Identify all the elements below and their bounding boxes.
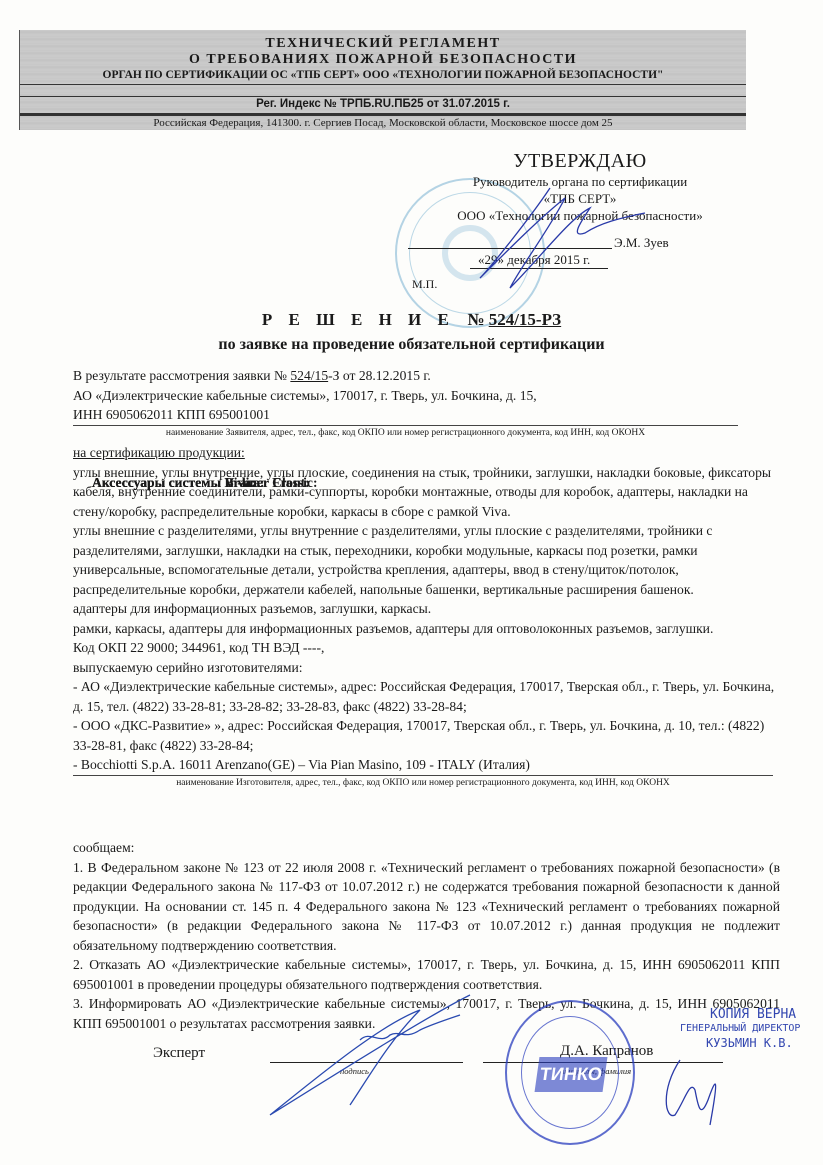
applicant-section: В результате рассмотрения заявки № 524/1… <box>73 366 780 439</box>
header-address: Российская Федерация, 141300. г. Сергиев… <box>20 117 746 129</box>
manufacturer-item: - АО «Диэлектрические кабельные системы»… <box>73 677 780 716</box>
registration-index: Рег. Индекс № ТРПБ.RU.ПБ25 от 31.07.2015… <box>20 98 746 110</box>
manufacturer-item: - Bocchiotti S.p.A. 16011 Arenzano(GE) –… <box>73 755 780 775</box>
manufacturer-hint: наименование Изготовителя, адрес, тел., … <box>73 777 773 789</box>
application-reference: В результате рассмотрения заявки № 524/1… <box>73 366 780 386</box>
expert-role: Эксперт <box>153 1045 205 1062</box>
manufacturers-intro: выпускаемую серийно изготовителями: <box>73 658 780 678</box>
product-group-viva: Аксессуары системы Viva: адаптеры для ин… <box>73 599 780 619</box>
decision-title: Р Е Ш Е Н И Е <box>262 310 455 329</box>
decision-number: 524/15-РЗ <box>489 310 561 329</box>
certification-body-name: ОРГАН ПО СЕРТИФИКАЦИИ ОС «ТПБ СЕРТ» ООО … <box>20 69 746 81</box>
director-signature-icon <box>650 1040 730 1130</box>
products-section: на сертификацию продукции: Аксессуары си… <box>73 443 780 789</box>
manufacturer-item: - ООО «ДКС-Развитие» », адрес: Российска… <box>73 716 780 755</box>
header-divider-thick <box>20 113 746 116</box>
applicant-rule <box>73 425 738 426</box>
applicant-hint: наименование Заявителя, адрес, тел., фак… <box>73 427 738 439</box>
seal-mark: М.П. <box>412 277 437 292</box>
expert-signature-icon <box>230 985 500 1125</box>
header-title-line1: ТЕХНИЧЕСКИЙ РЕГЛАМЕНТ <box>20 36 746 52</box>
header-divider <box>20 96 746 97</box>
company-seal-logo: ТИНКО <box>535 1057 608 1092</box>
company-seal-icon: ТИНКО <box>505 1000 635 1145</box>
product-codes: Код ОКП 22 9000; 344961, код ТН ВЭД ----… <box>73 638 780 658</box>
manufacturer-rule <box>73 775 773 776</box>
approval-title: УТВЕРЖДАЮ <box>440 150 720 173</box>
report-point-1: 1. В Федеральном законе № 123 от 22 июля… <box>73 858 780 956</box>
header-title-line2: О ТРЕБОВАНИЯХ ПОЖАРНОЙ БЕЗОПАСНОСТИ <box>20 52 746 68</box>
decision-heading: Р Е Ш Е Н И Е № 524/15-РЗ <box>0 310 823 330</box>
report-intro: сообщаем: <box>73 838 780 858</box>
applicant-name: АО «Диэлектрические кабельные системы», … <box>73 386 780 406</box>
products-intro: на сертификацию продукции: <box>73 443 780 463</box>
approver-signature-icon <box>470 178 670 298</box>
decision-number-prefix: № <box>467 310 488 329</box>
header-divider <box>20 84 746 85</box>
decision-subtitle: по заявке на проведение обязательной сер… <box>0 336 823 354</box>
product-group-brava: Аксессуары системы Brava: рамки, каркасы… <box>73 619 780 639</box>
applicant-tax-ids: ИНН 6905062011 КПП 695001001 <box>73 405 780 425</box>
regulation-header: ТЕХНИЧЕСКИЙ РЕГЛАМЕНТ О ТРЕБОВАНИЯХ ПОЖА… <box>19 30 746 130</box>
